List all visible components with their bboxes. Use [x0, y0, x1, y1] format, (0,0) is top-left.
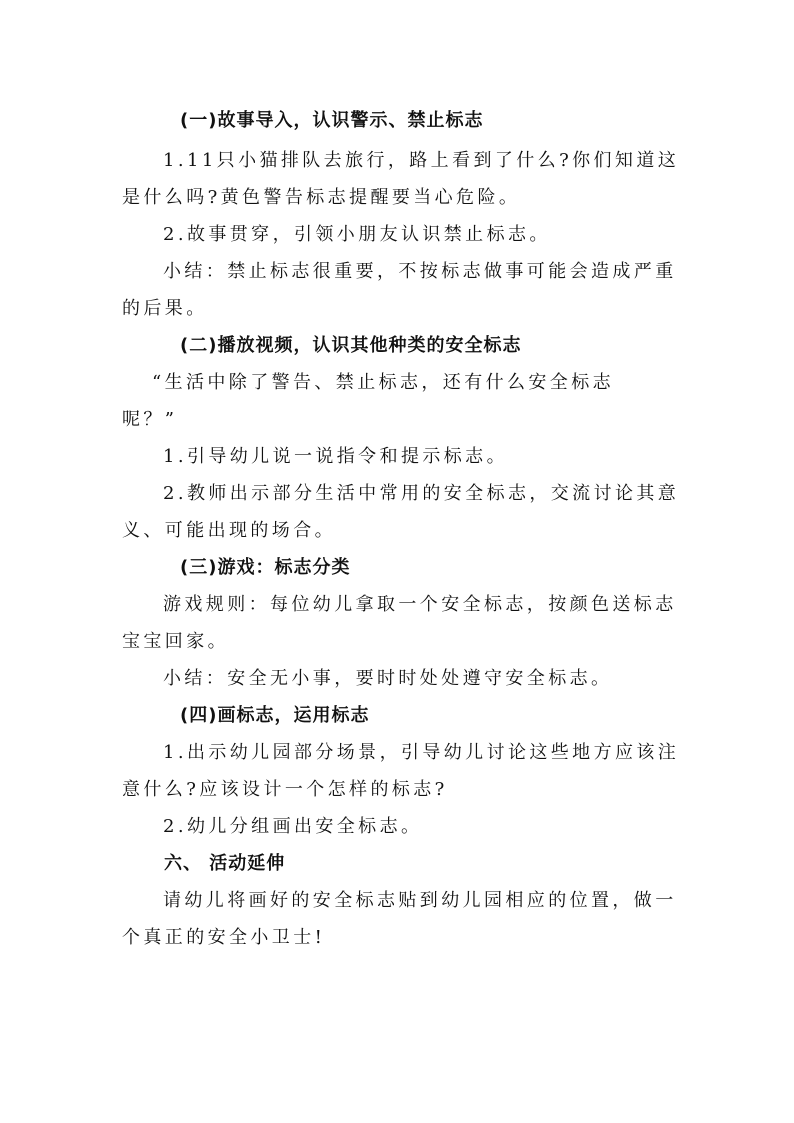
paragraph-line: 1.出示幼儿园部分场景，引导幼儿讨论这些地方应该注	[163, 738, 679, 764]
paragraph-line: 2.故事贯穿，引领小朋友认识禁止标志。	[163, 220, 551, 246]
paragraph-line: 的后果。	[122, 294, 208, 320]
paragraph-line: 是什么吗?黄色警告标志提醒要当心危险。	[122, 183, 520, 209]
paragraph-line: 小结：禁止标志很重要，不按标志做事可能会造成严重	[163, 257, 677, 283]
paragraph-line: 2.教师出示部分生活中常用的安全标志，交流讨论其意	[163, 479, 679, 505]
paragraph-line: 游戏规则：每位幼儿拿取一个安全标志，按颜色送标志	[163, 590, 677, 616]
paragraph-line: 1.11只小猫排队去旅行，路上看到了什么?你们知道这	[163, 146, 679, 172]
section-heading: (一)故事导入，认识警示、禁止标志	[180, 106, 483, 132]
section-heading: 六、 活动延伸	[164, 849, 285, 875]
paragraph-line: 意什么?应该设计一个怎样的标志?	[122, 775, 448, 801]
section-heading: (三)游戏：标志分类	[180, 553, 350, 579]
paragraph-line: 1.引导幼儿说一说指令和提示标志。	[163, 442, 508, 468]
paragraph-line: 2.幼儿分组画出安全标志。	[163, 812, 422, 838]
paragraph-line: “生活中除了警告、禁止标志，还有什么安全标志	[152, 368, 614, 394]
paragraph-line: 呢？”	[122, 405, 177, 431]
section-heading: (二)播放视频，认识其他种类的安全标志	[180, 331, 521, 357]
paragraph-line: 小结：安全无小事，要时时处处遵守安全标志。	[163, 664, 612, 690]
paragraph-line: 义、可能出现的场合。	[122, 516, 336, 542]
paragraph-line: 请幼儿将画好的安全标志贴到幼儿园相应的位置，做一	[163, 886, 677, 912]
paragraph-line: 个真正的安全小卫士!	[122, 923, 325, 949]
paragraph-line: 宝宝回家。	[122, 627, 229, 653]
section-heading: (四)画标志，运用标志	[180, 701, 369, 727]
